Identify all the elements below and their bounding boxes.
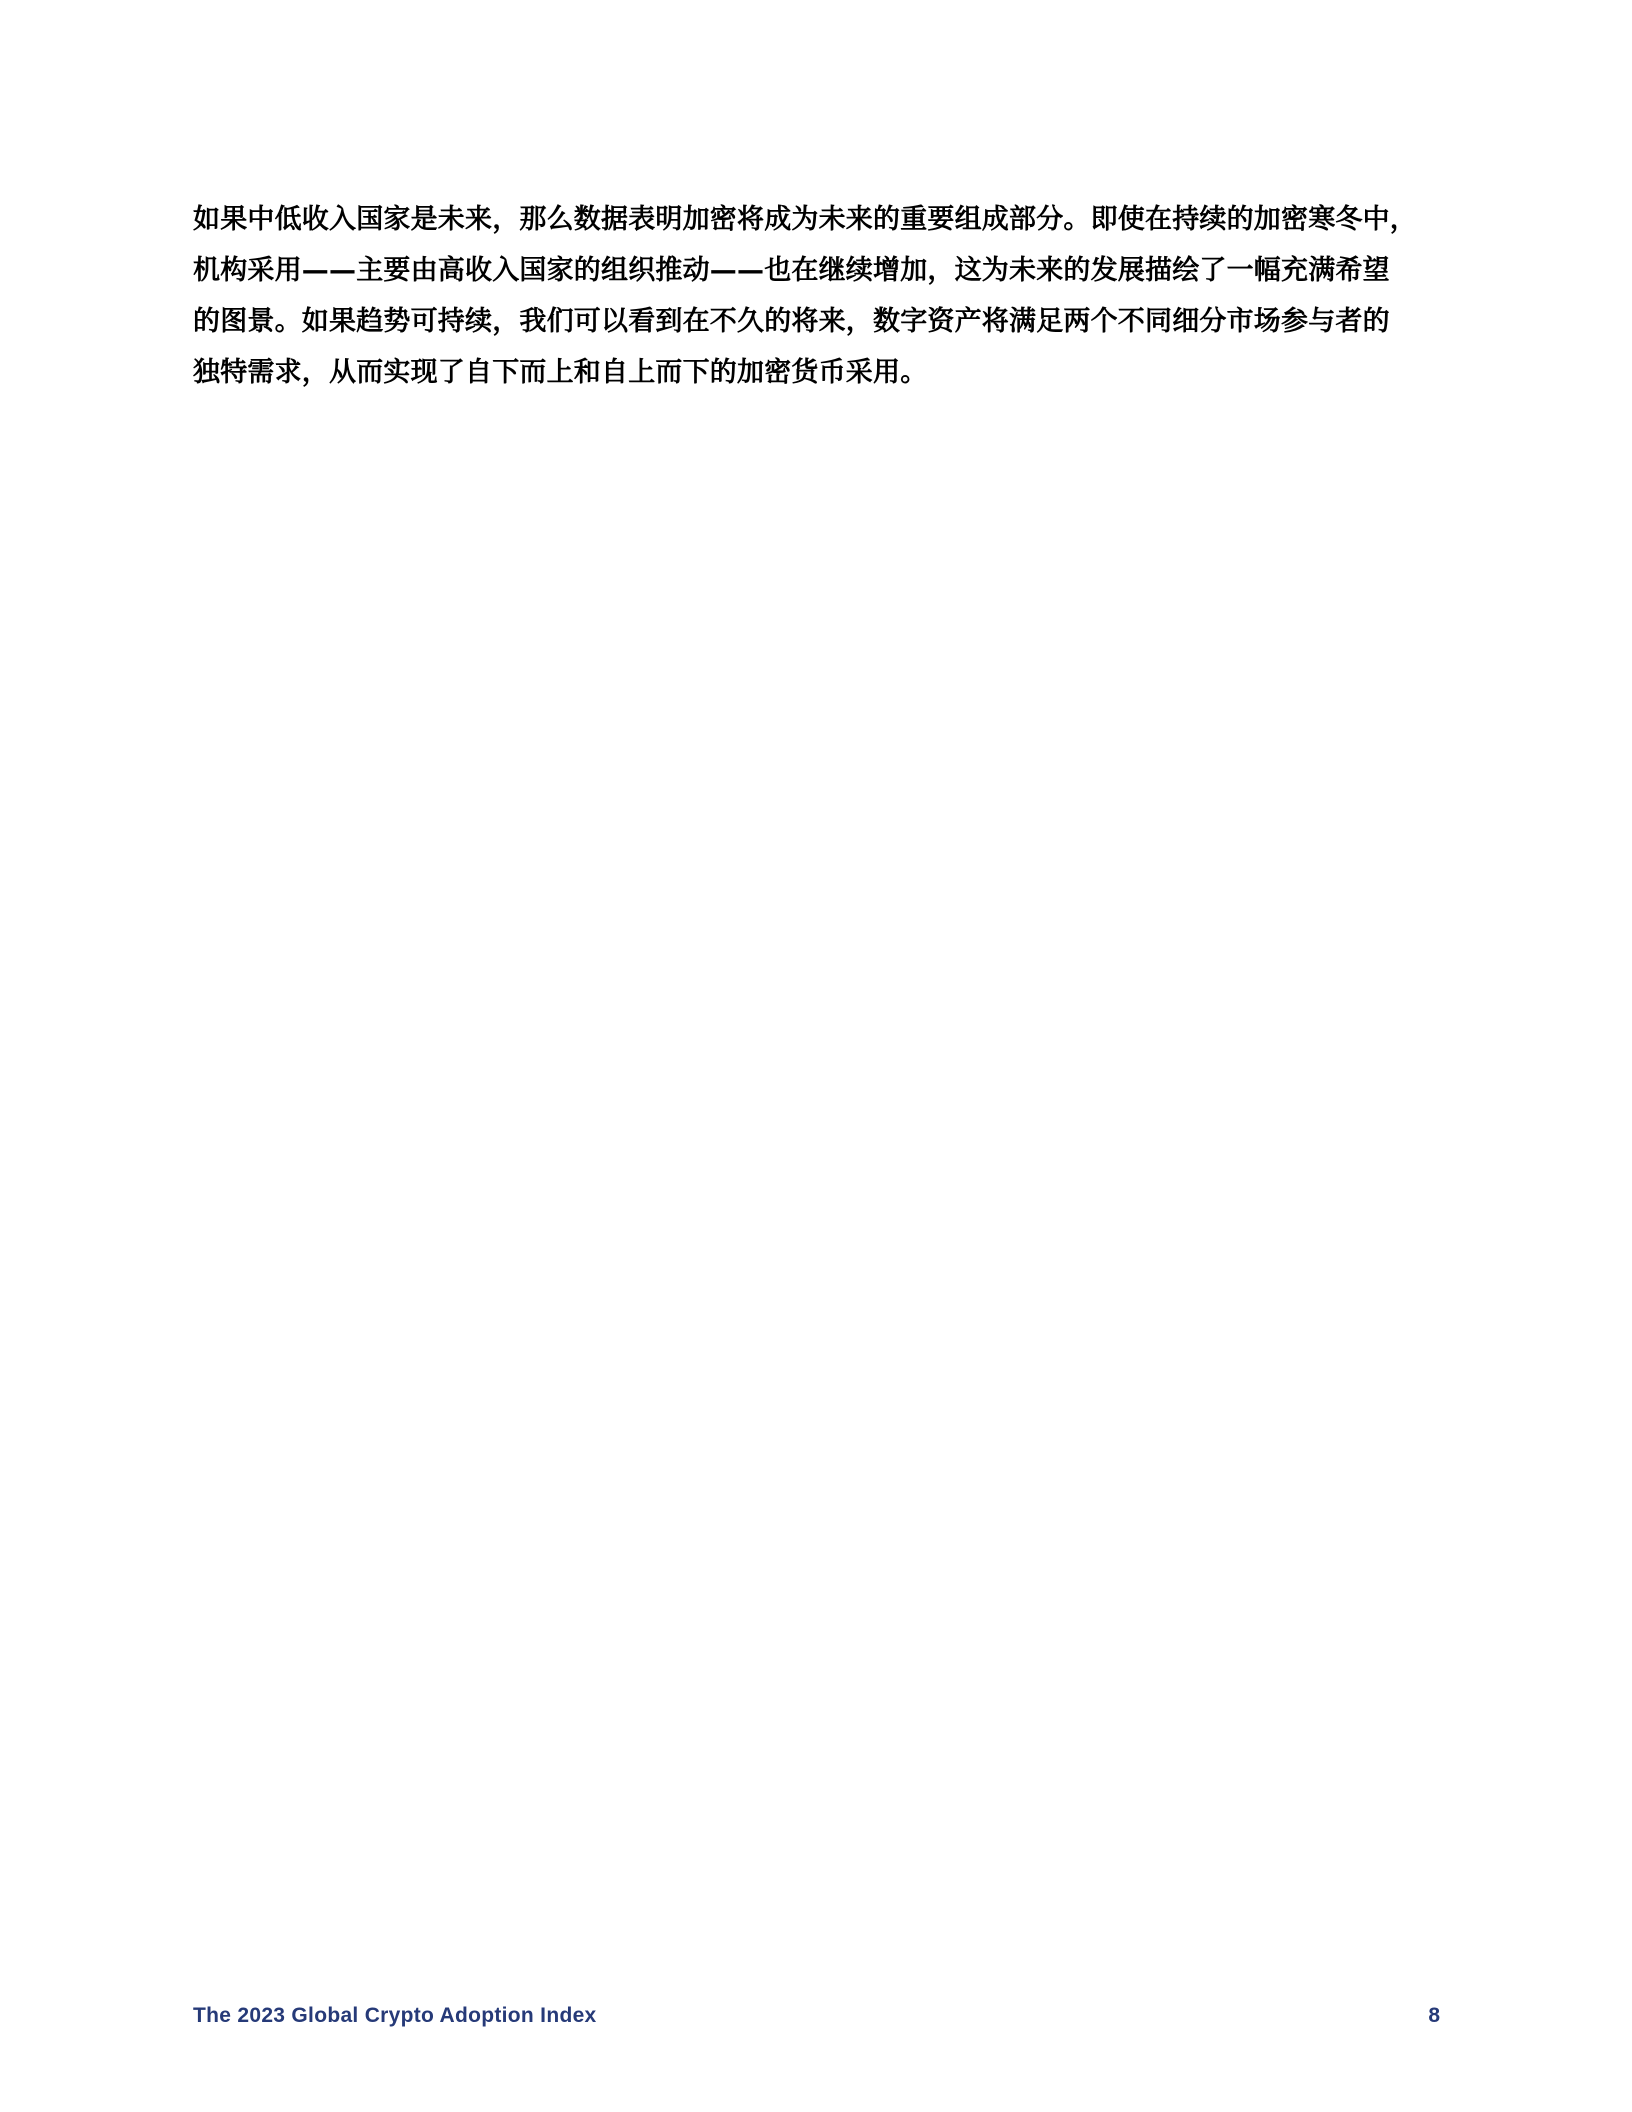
page-footer: The 2023 Global Crypto Adoption Index 8 [193,2001,1440,2031]
page-number: 8 [1428,2001,1440,2031]
footer-document-title: The 2023 Global Crypto Adoption Index [193,2001,597,2031]
paragraph-line: 独特需求，从而实现了自下而上和自上而下的加密货币采用。 [193,347,1453,398]
paragraph-line: 机构采用——主要由高收入国家的组织推动——也在继续增加，这为未来的发展描绘了一幅… [193,245,1453,296]
body-paragraph: 如果中低收入国家是未来，那么数据表明加密将成为未来的重要组成部分。即使在持续的加… [193,194,1453,398]
paragraph-line: 如果中低收入国家是未来，那么数据表明加密将成为未来的重要组成部分。即使在持续的加… [193,194,1453,245]
document-page: 如果中低收入国家是未来，那么数据表明加密将成为未来的重要组成部分。即使在持续的加… [0,0,1632,2112]
paragraph-line: 的图景。如果趋势可持续，我们可以看到在不久的将来，数字资产将满足两个不同细分市场… [193,296,1453,347]
